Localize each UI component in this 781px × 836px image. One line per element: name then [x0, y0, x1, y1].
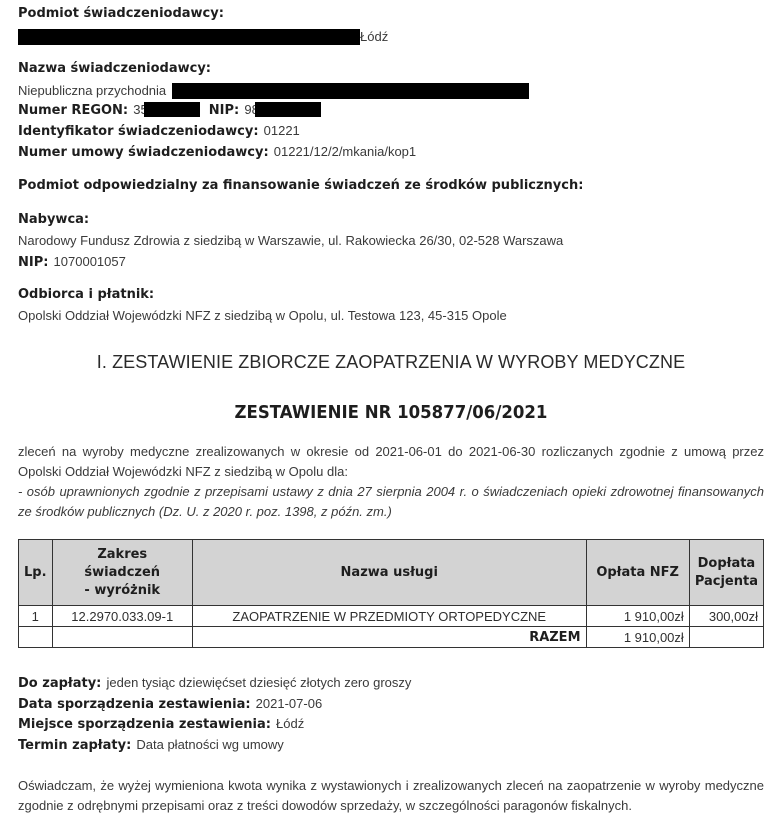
header-doplata-line: Dopłata: [698, 556, 756, 571]
provider-subject-label: Podmiot świadczeniodawcy:: [18, 5, 224, 23]
redaction-bar: [172, 83, 529, 99]
place-line: Miejsce sporządzenia zestawienia: Łódź: [18, 714, 304, 734]
contract-line: Numer umowy świadczeniodawcy: 01221/12/2…: [18, 142, 416, 162]
declaration: Oświadczam, że wyżej wymieniona kwota wy…: [18, 776, 764, 816]
provider-subject-line: Łódź: [18, 27, 388, 46]
financing-heading: Podmiot odpowiedzialny za finansowanie ś…: [18, 177, 583, 195]
intro-paragraph: zleceń na wyroby medyczne zrealizowanych…: [18, 442, 764, 522]
header-zakres: Zakres świadczeń - wyróżnik: [52, 540, 192, 606]
contract-label: Numer umowy świadczeniodawcy:: [18, 145, 269, 160]
date-label: Data sporządzenia zestawienia:: [18, 697, 251, 712]
cell-patient-fee: 300,00zł: [689, 606, 763, 627]
provider-id-label: Identyfikator świadczeniodawcy:: [18, 124, 259, 139]
cell-nfz-fee: 1 910,00zł: [586, 606, 689, 627]
header-nazwa: Nazwa usługi: [192, 540, 586, 606]
intro-text: zleceń na wyroby medyczne zrealizowanych…: [18, 444, 764, 479]
date-line: Data sporządzenia zestawienia: 2021-07-0…: [18, 694, 322, 714]
buyer-nip-value: 1070001057: [54, 254, 126, 269]
intro-italic: - osób uprawnionych zgodnie z przepisami…: [18, 484, 764, 519]
buyer-nip-line: NIP: 1070001057: [18, 252, 126, 272]
redaction-bar: [144, 102, 200, 117]
regon-label: Numer REGON:: [18, 103, 128, 118]
provider-city: Łódź: [360, 29, 388, 44]
place-label: Miejsce sporządzenia zestawienia:: [18, 717, 271, 732]
total-label: RAZEM: [192, 627, 586, 648]
date-value: 2021-07-06: [256, 696, 323, 711]
cell-service-name: ZAOPATRZENIE W PRZEDMIOTY ORTOPEDYCZNE: [192, 606, 586, 627]
buyer-label: Nabywca:: [18, 211, 89, 229]
contract-value: 01221/12/2/mkania/kop1: [274, 144, 416, 159]
header-oplata: Opłata NFZ: [586, 540, 689, 606]
table-row: 1 12.2970.033.09-1 ZAOPATRZENIE W PRZEDM…: [19, 606, 764, 627]
header-zakres-line: Zakres: [97, 547, 147, 562]
total-nfz: 1 910,00zł: [586, 627, 689, 648]
provider-id-value: 01221: [264, 123, 300, 138]
term-value: Data płatności wg umowy: [136, 737, 283, 752]
buyer-value: Narodowy Fundusz Zdrowia z siedzibą w Wa…: [18, 232, 563, 250]
header-lp: Lp.: [19, 540, 53, 606]
amount-label: Do zapłaty:: [18, 676, 101, 691]
header-zakres-line: świadczeń: [84, 565, 160, 580]
table-total-row: RAZEM 1 910,00zł: [19, 627, 764, 648]
cell-empty: [52, 627, 192, 648]
header-doplata: Dopłata Pacjenta: [689, 540, 763, 606]
header-zakres-line: - wyróżnik: [84, 583, 160, 598]
amount-value: jeden tysiąc dziewięćset dziesięć złotyc…: [106, 675, 411, 690]
statement-title: ZESTAWIENIE NR 105877/06/2021: [48, 402, 734, 423]
cell-empty: [19, 627, 53, 648]
nip-label: NIP:: [209, 103, 239, 118]
place-value: Łódź: [276, 716, 304, 731]
payer-value: Opolski Oddział Wojewódzki NFZ z siedzib…: [18, 307, 507, 325]
redaction-bar: [18, 29, 360, 45]
table-header-row: Lp. Zakres świadczeń - wyróżnik Nazwa us…: [19, 540, 764, 606]
provider-id-line: Identyfikator świadczeniodawcy: 01221: [18, 121, 300, 141]
section-title: I. ZESTAWIENIE ZBIORCZE ZAOPATRZENIA W W…: [18, 352, 764, 373]
cell-code: 12.2970.033.09-1: [52, 606, 192, 627]
amount-line: Do zapłaty: jeden tysiąc dziewięćset dzi…: [18, 673, 411, 693]
header-doplata-line: Pacjenta: [695, 574, 758, 589]
regon-nip-line: Numer REGON: 35 NIP: 98: [18, 100, 321, 120]
provider-name-label: Nazwa świadczeniodawcy:: [18, 60, 211, 78]
cell-lp: 1: [19, 606, 53, 627]
term-line: Termin zapłaty: Data płatności wg umowy: [18, 735, 284, 755]
payer-label: Odbiorca i płatnik:: [18, 286, 154, 304]
term-label: Termin zapłaty:: [18, 738, 131, 753]
provider-name-prefix: Niepubliczna przychodnia: [18, 83, 166, 98]
total-patient: [689, 627, 763, 648]
redaction-bar: [255, 102, 321, 117]
provider-name-line: Niepubliczna przychodnia: [18, 81, 529, 100]
services-table: Lp. Zakres świadczeń - wyróżnik Nazwa us…: [18, 539, 764, 648]
buyer-nip-label: NIP:: [18, 255, 48, 270]
